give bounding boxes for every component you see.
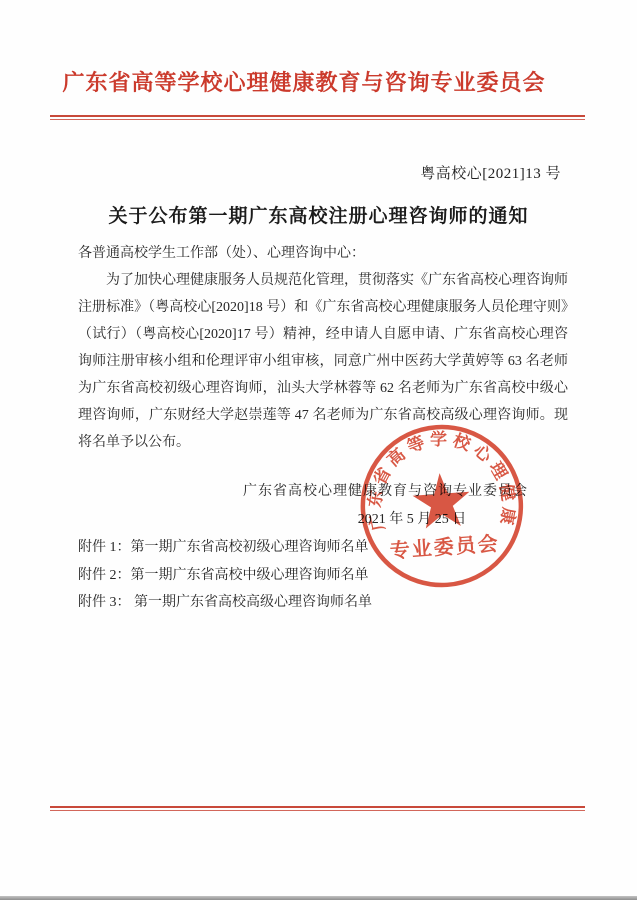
body-paragraph: 为了加快心理健康服务人员规范化管理，贯彻落实《广东省高校心理咨询师注册标准》（粤… bbox=[78, 267, 568, 456]
notice-title: 关于公布第一期广东高校注册心理咨询师的通知 bbox=[0, 201, 637, 228]
attachments-list: 附件 1：第一期广东省高校初级心理咨询师名单 附件 2：第一期广东省高校中级心理… bbox=[78, 534, 372, 617]
attachment-1: 附件 1：第一期广东省高校初级心理咨询师名单 bbox=[78, 534, 372, 562]
attachment-2: 附件 2：第一期广东省高校中级心理咨询师名单 bbox=[78, 562, 372, 590]
seal-bottom-text: 专业委员会 bbox=[389, 531, 500, 563]
page-scan-edge bbox=[0, 896, 637, 900]
signature-org: 广东省高校心理健康教育与咨询专业委员会 bbox=[243, 480, 528, 500]
attachment-3: 附件 3： 第一期广东省高校高级心理咨询师名单 bbox=[78, 589, 372, 617]
document-page: 广东省高等学校心理健康教育与咨询专业委员会 粤高校心[2021]13 号 关于公… bbox=[0, 0, 637, 900]
doc-number: 粤高校心[2021]13 号 bbox=[420, 162, 561, 183]
footer-divider bbox=[50, 806, 585, 811]
header-divider bbox=[50, 115, 585, 120]
body-block: 各普通高校学生工作部（处）、心理咨询中心： 为了加快心理健康服务人员规范化管理，… bbox=[78, 240, 568, 456]
signature-date: 2021 年 5 月 25 日 bbox=[352, 508, 472, 528]
salutation: 各普通高校学生工作部（处）、心理咨询中心： bbox=[78, 240, 568, 267]
header-org-title: 广东省高等学校心理健康教育与咨询专业委员会 bbox=[28, 66, 580, 97]
